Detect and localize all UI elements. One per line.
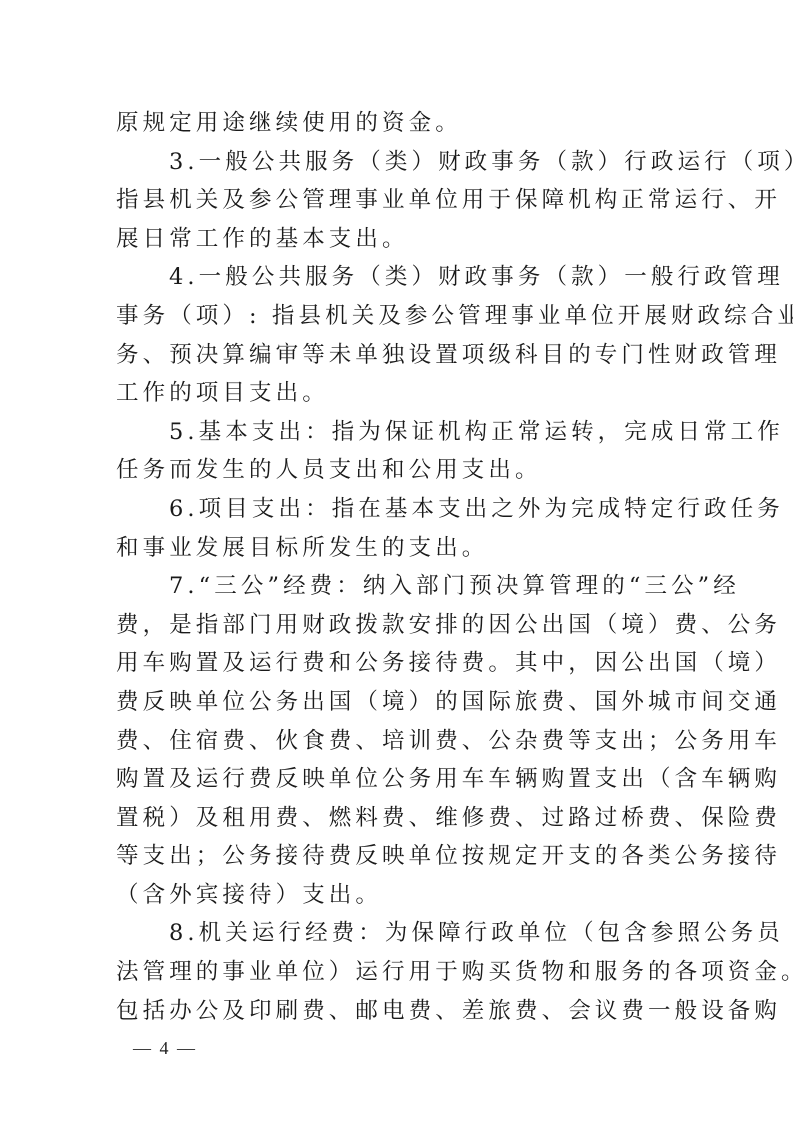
page-number: — 4 — <box>133 1038 197 1059</box>
text-line: （含外宾接待）支出。 <box>116 876 678 915</box>
document-page: 原规定用途继续使用的资金。 3.一般公共服务（类）财政事务（款）行政运行（项）:… <box>116 104 678 1030</box>
paragraph-item-8: 8.机关运行经费：为保障行政单位（包含参照公务员 法管理的事业单位）运行用于购买… <box>116 914 678 1030</box>
text-line: 法管理的事业单位）运行用于购买货物和服务的各项资金。 <box>116 953 678 992</box>
text-line: 4.一般公共服务（类）财政事务（款）一般行政管理 <box>116 258 678 297</box>
text-line: 6.项目支出：指在基本支出之外为完成特定行政任务 <box>116 490 678 529</box>
text-line: 7.“三公”经费：纳入部门预决算管理的“三公”经 <box>116 567 678 606</box>
text-line: 和事业发展目标所发生的支出。 <box>116 529 678 568</box>
paragraph-item-4: 4.一般公共服务（类）财政事务（款）一般行政管理 事务（项）: 指县机关及参公管… <box>116 258 678 412</box>
text-line: 任务而发生的人员支出和公用支出。 <box>116 451 678 490</box>
text-line: 事务（项）: 指县机关及参公管理事业单位开展财政综合业 <box>116 297 678 336</box>
text-line: 原规定用途继续使用的资金。 <box>116 104 678 143</box>
text-line: 费，是指部门用财政拨款安排的因公出国（境）费、公务 <box>116 606 678 645</box>
text-line: 费反映单位公务出国（境）的国际旅费、国外城市间交通 <box>116 683 678 722</box>
text-line: 展日常工作的基本支出。 <box>116 220 678 259</box>
text-line: 包括办公及印刷费、邮电费、差旅费、会议费一般设备购 <box>116 992 678 1031</box>
text-line: 等支出；公务接待费反映单位按规定开支的各类公务接待 <box>116 837 678 876</box>
text-line: 5.基本支出：指为保证机构正常运转，完成日常工作 <box>116 413 678 452</box>
text-line: 8.机关运行经费：为保障行政单位（包含参照公务员 <box>116 914 678 953</box>
paragraph-item-3: 3.一般公共服务（类）财政事务（款）行政运行（项）: 指县机关及参公管理事业单位… <box>116 143 678 259</box>
paragraph-item-5: 5.基本支出：指为保证机构正常运转，完成日常工作 任务而发生的人员支出和公用支出… <box>116 413 678 490</box>
text-line: 购置及运行费反映单位公务用车车辆购置支出（含车辆购 <box>116 760 678 799</box>
paragraph-item-7: 7.“三公”经费：纳入部门预决算管理的“三公”经 费，是指部门用财政拨款安排的因… <box>116 567 678 914</box>
text-line: 费、住宿费、伙食费、培训费、公杂费等支出；公务用车 <box>116 722 678 761</box>
text-line: 用车购置及运行费和公务接待费。其中，因公出国（境） <box>116 644 678 683</box>
text-line: 务、预决算编审等未单独设置项级科目的专门性财政管理 <box>116 336 678 375</box>
text-line: 置税）及租用费、燃料费、维修费、过路过桥费、保险费 <box>116 799 678 838</box>
paragraph-item-6: 6.项目支出：指在基本支出之外为完成特定行政任务 和事业发展目标所发生的支出。 <box>116 490 678 567</box>
text-line: 3.一般公共服务（类）财政事务（款）行政运行（项）: <box>116 143 678 182</box>
text-line: 指县机关及参公管理事业单位用于保障机构正常运行、开 <box>116 181 678 220</box>
text-line: 工作的项目支出。 <box>116 374 678 413</box>
